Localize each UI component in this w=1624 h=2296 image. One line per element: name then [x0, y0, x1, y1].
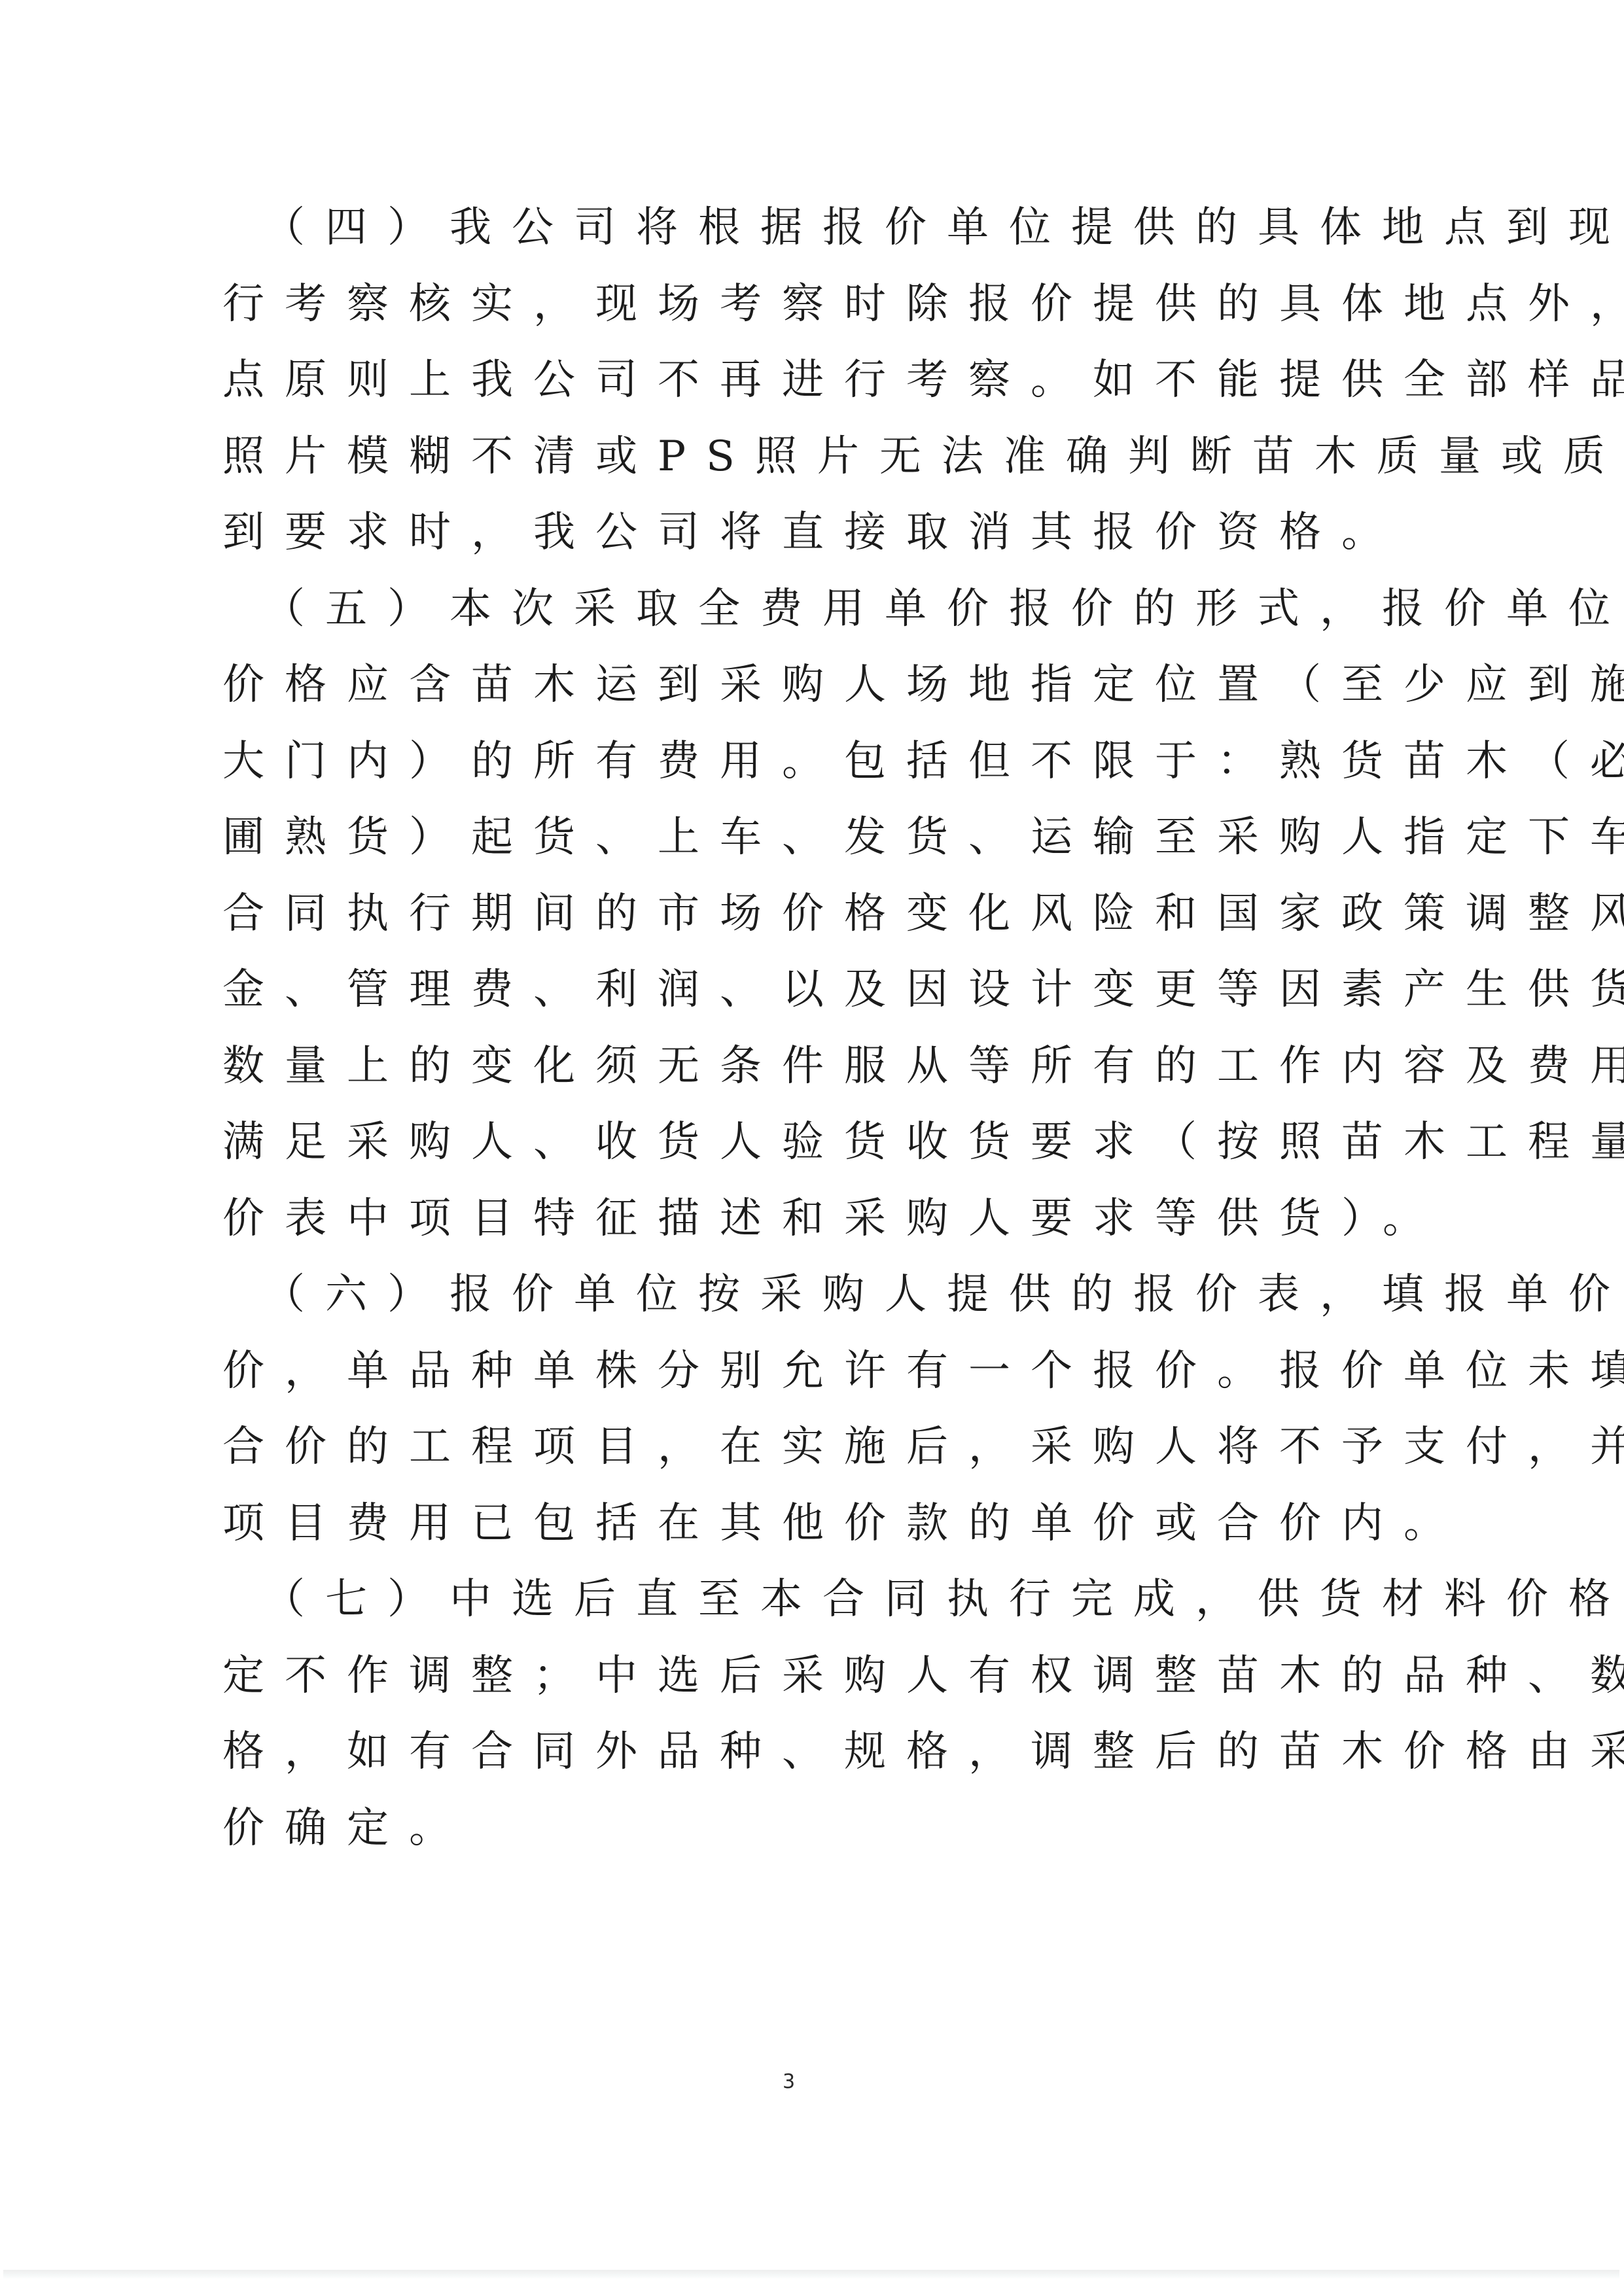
text-line: 数量上的变化须无条件服从等所有的工作内容及费用。且须	[222, 1028, 1348, 1105]
text-line: （七）中选后直至本合同执行完成，供货材料价格均固	[222, 1561, 1348, 1638]
text-line: 格，如有合同外品种、规格，调整后的苗木价格由采购人询	[222, 1714, 1348, 1790]
text-line: （五）本次采取全费用单价报价的形式，报价单位所报	[222, 571, 1348, 648]
scan-bottom-edge	[3, 2270, 1619, 2279]
paragraph-item-4: （四）我公司将根据报价单位提供的具体地点到现场进 行考察核实，现场考察时除报价提…	[222, 190, 1348, 571]
text-line: （六）报价单位按采购人提供的报价表，填报单价和合	[222, 1257, 1348, 1333]
text-line: 金、管理费、利润、以及因设计变更等因素产生供货品种或	[222, 952, 1348, 1028]
document-body: （四）我公司将根据报价单位提供的具体地点到现场进 行考察核实，现场考察时除报价提…	[222, 190, 1348, 1866]
paragraph-item-7: （七）中选后直至本合同执行完成，供货材料价格均固 定不作调整；中选后采购人有权调…	[222, 1561, 1348, 1866]
text-line: 行考察核实，现场考察时除报价提供的具体地点外，其他地	[222, 266, 1348, 343]
text-line: 项目费用已包括在其他价款的单价或合价内。	[222, 1486, 1348, 1562]
text-line: 点原则上我公司不再进行考察。如不能提供全部样品照片或	[222, 342, 1348, 419]
text-line: 价，单品种单株分别允许有一个报价。报价单位未填单价或	[222, 1333, 1348, 1410]
text-line: 合价的工程项目，在实施后，采购人将不予支付，并视为该	[222, 1409, 1348, 1486]
text-line: 定不作调整；中选后采购人有权调整苗木的品种、数量、规	[222, 1638, 1348, 1714]
text-line: 到要求时，我公司将直接取消其报价资格。	[222, 495, 1348, 571]
text-line: 满足采购人、收货人验货收货要求（按照苗木工程量清单报	[222, 1104, 1348, 1181]
text-line: 圃熟货）起货、上车、发货、运输至采购人指定下车位置、	[222, 799, 1348, 876]
document-page: （四）我公司将根据报价单位提供的具体地点到现场进 行考察核实，现场考察时除报价提…	[0, 0, 1624, 2296]
text-line: 照片模糊不清或PS照片无法准确判断苗木质量或质量达不	[222, 419, 1348, 495]
text-line: （四）我公司将根据报价单位提供的具体地点到现场进	[222, 190, 1348, 266]
page-number: 3	[783, 2070, 795, 2093]
text-line: 合同执行期间的市场价格变化风险和国家政策调整风险、税	[222, 876, 1348, 952]
text-line: 价确定。	[222, 1790, 1348, 1867]
paragraph-item-5: （五）本次采取全费用单价报价的形式，报价单位所报 价格应含苗木运到采购人场地指定…	[222, 571, 1348, 1257]
paragraph-item-6: （六）报价单位按采购人提供的报价表，填报单价和合 价，单品种单株分别允许有一个报…	[222, 1257, 1348, 1561]
text-line: 价格应含苗木运到采购人场地指定位置（至少应到施工项目	[222, 647, 1348, 723]
text-line: 大门内）的所有费用。包括但不限于：熟货苗木（必须为苗	[222, 723, 1348, 800]
text-line: 价表中项目特征描述和采购人要求等供货）。	[222, 1181, 1348, 1257]
